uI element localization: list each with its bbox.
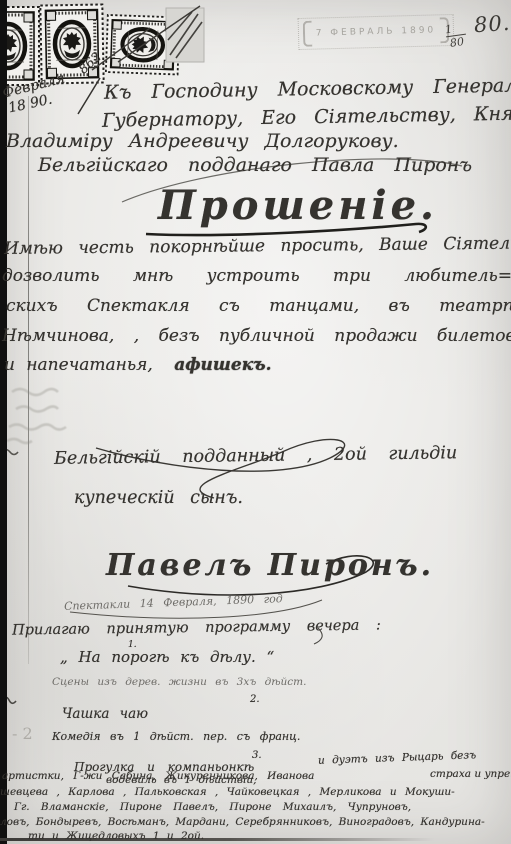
body-last-line-prefix: и напечатанья,	[4, 355, 153, 375]
program-item-side-note: и дуэтъ изъ Рыцарь безъ	[318, 749, 476, 767]
signature-name: Павелъ Пиронъ.	[106, 548, 434, 583]
declaration-line: купеческій сынъ.	[74, 488, 243, 508]
address-line: Къ Господину Московскому Генералъ	[104, 74, 511, 103]
body-emphasized-word: афишекъ.	[174, 355, 271, 375]
body-line: дозволить мнѣ устроить три любитель=	[2, 266, 511, 286]
body-line: скихъ Спектакля съ танцами, въ театрѣ	[6, 296, 511, 316]
date-stamp: 7 ФЕВРАЛЬ 1890	[298, 14, 455, 50]
signature-date-note: Спектакли 14 Февраля, 1890 год	[64, 592, 283, 613]
margin-rule-line	[28, 96, 29, 664]
program-intro: Прилагаю принятую программу вечера :	[12, 617, 381, 638]
date-stamp-text: 7 ФЕВРАЛЬ 1890	[316, 25, 437, 38]
cast-line: Гг. Вламанскіе, Пироне Павелъ, Пироне Ми…	[14, 801, 411, 813]
body-line: Имѣю честь покорнѣйше просить, Ваше Сіят…	[4, 233, 511, 259]
cast-line: ти и Жицедловыхъ 1 и 2ой.	[28, 830, 204, 842]
body-line: Нѣмчинова, , безъ публичной продажи биле…	[2, 326, 511, 346]
revenue-stamp-icon	[106, 15, 180, 75]
bleedthrough-text	[7, 389, 66, 443]
scan-edge-left	[0, 0, 7, 844]
cast-line: шевцева , Карлова , Пальковская , Чайков…	[0, 786, 455, 798]
address-line: Владиміру Андреевичу Долгорукову.	[6, 130, 399, 152]
folio-fraction-denominator: 80	[446, 34, 468, 51]
page-title: Прошеніе.	[158, 182, 438, 229]
program-item-title: Чашка чаю	[62, 706, 148, 722]
revenue-stamp-icon	[40, 4, 103, 83]
program-item-number: 2.	[250, 694, 260, 705]
program-item-title: „ На порогѣ къ дѣлу. “	[60, 648, 274, 666]
declaration-line: Бельгійскій подданный , 2ой гильдіи	[54, 443, 457, 469]
program-item-subtitle: Сцены изъ дерев. жизни въ 3хъ дѣйст.	[52, 676, 306, 688]
program-item-subtitle: Комедія въ 1 дѣйст. пер. съ франц.	[52, 730, 300, 743]
date-stamp-bracket-left	[302, 21, 312, 47]
pen-cancellation-stroke	[92, 6, 200, 70]
body-line: и напечатанья, афишекъ.	[4, 355, 271, 375]
stamp-fragment	[166, 8, 204, 62]
folio-fraction: 1 80	[444, 21, 468, 51]
pencil-page-number: - 2	[12, 724, 33, 743]
folio-number: 80.	[473, 11, 511, 37]
docket-paraph-stroke	[78, 78, 100, 114]
cast-line: ловъ, Бондыревъ, Восѣманъ, Мардани, Сере…	[0, 816, 485, 828]
address-line: Бельгійскаго подданаго Павла Пиронъ	[38, 154, 472, 176]
cast-line: артистки, Г-жи Сабина, Жикуренникова, Ив…	[2, 770, 314, 782]
document-page: Февраля 18 90. 862 7 ФЕВРАЛЬ 1890 1 80 8…	[0, 0, 511, 844]
docket-number: 862	[76, 50, 104, 78]
program-item-side-note-cont: страха и упрека	[430, 768, 511, 780]
folio-fraction-numerator: 1	[444, 23, 453, 37]
address-line: Губернатору, Его Сіятельству, Князю	[102, 102, 511, 132]
